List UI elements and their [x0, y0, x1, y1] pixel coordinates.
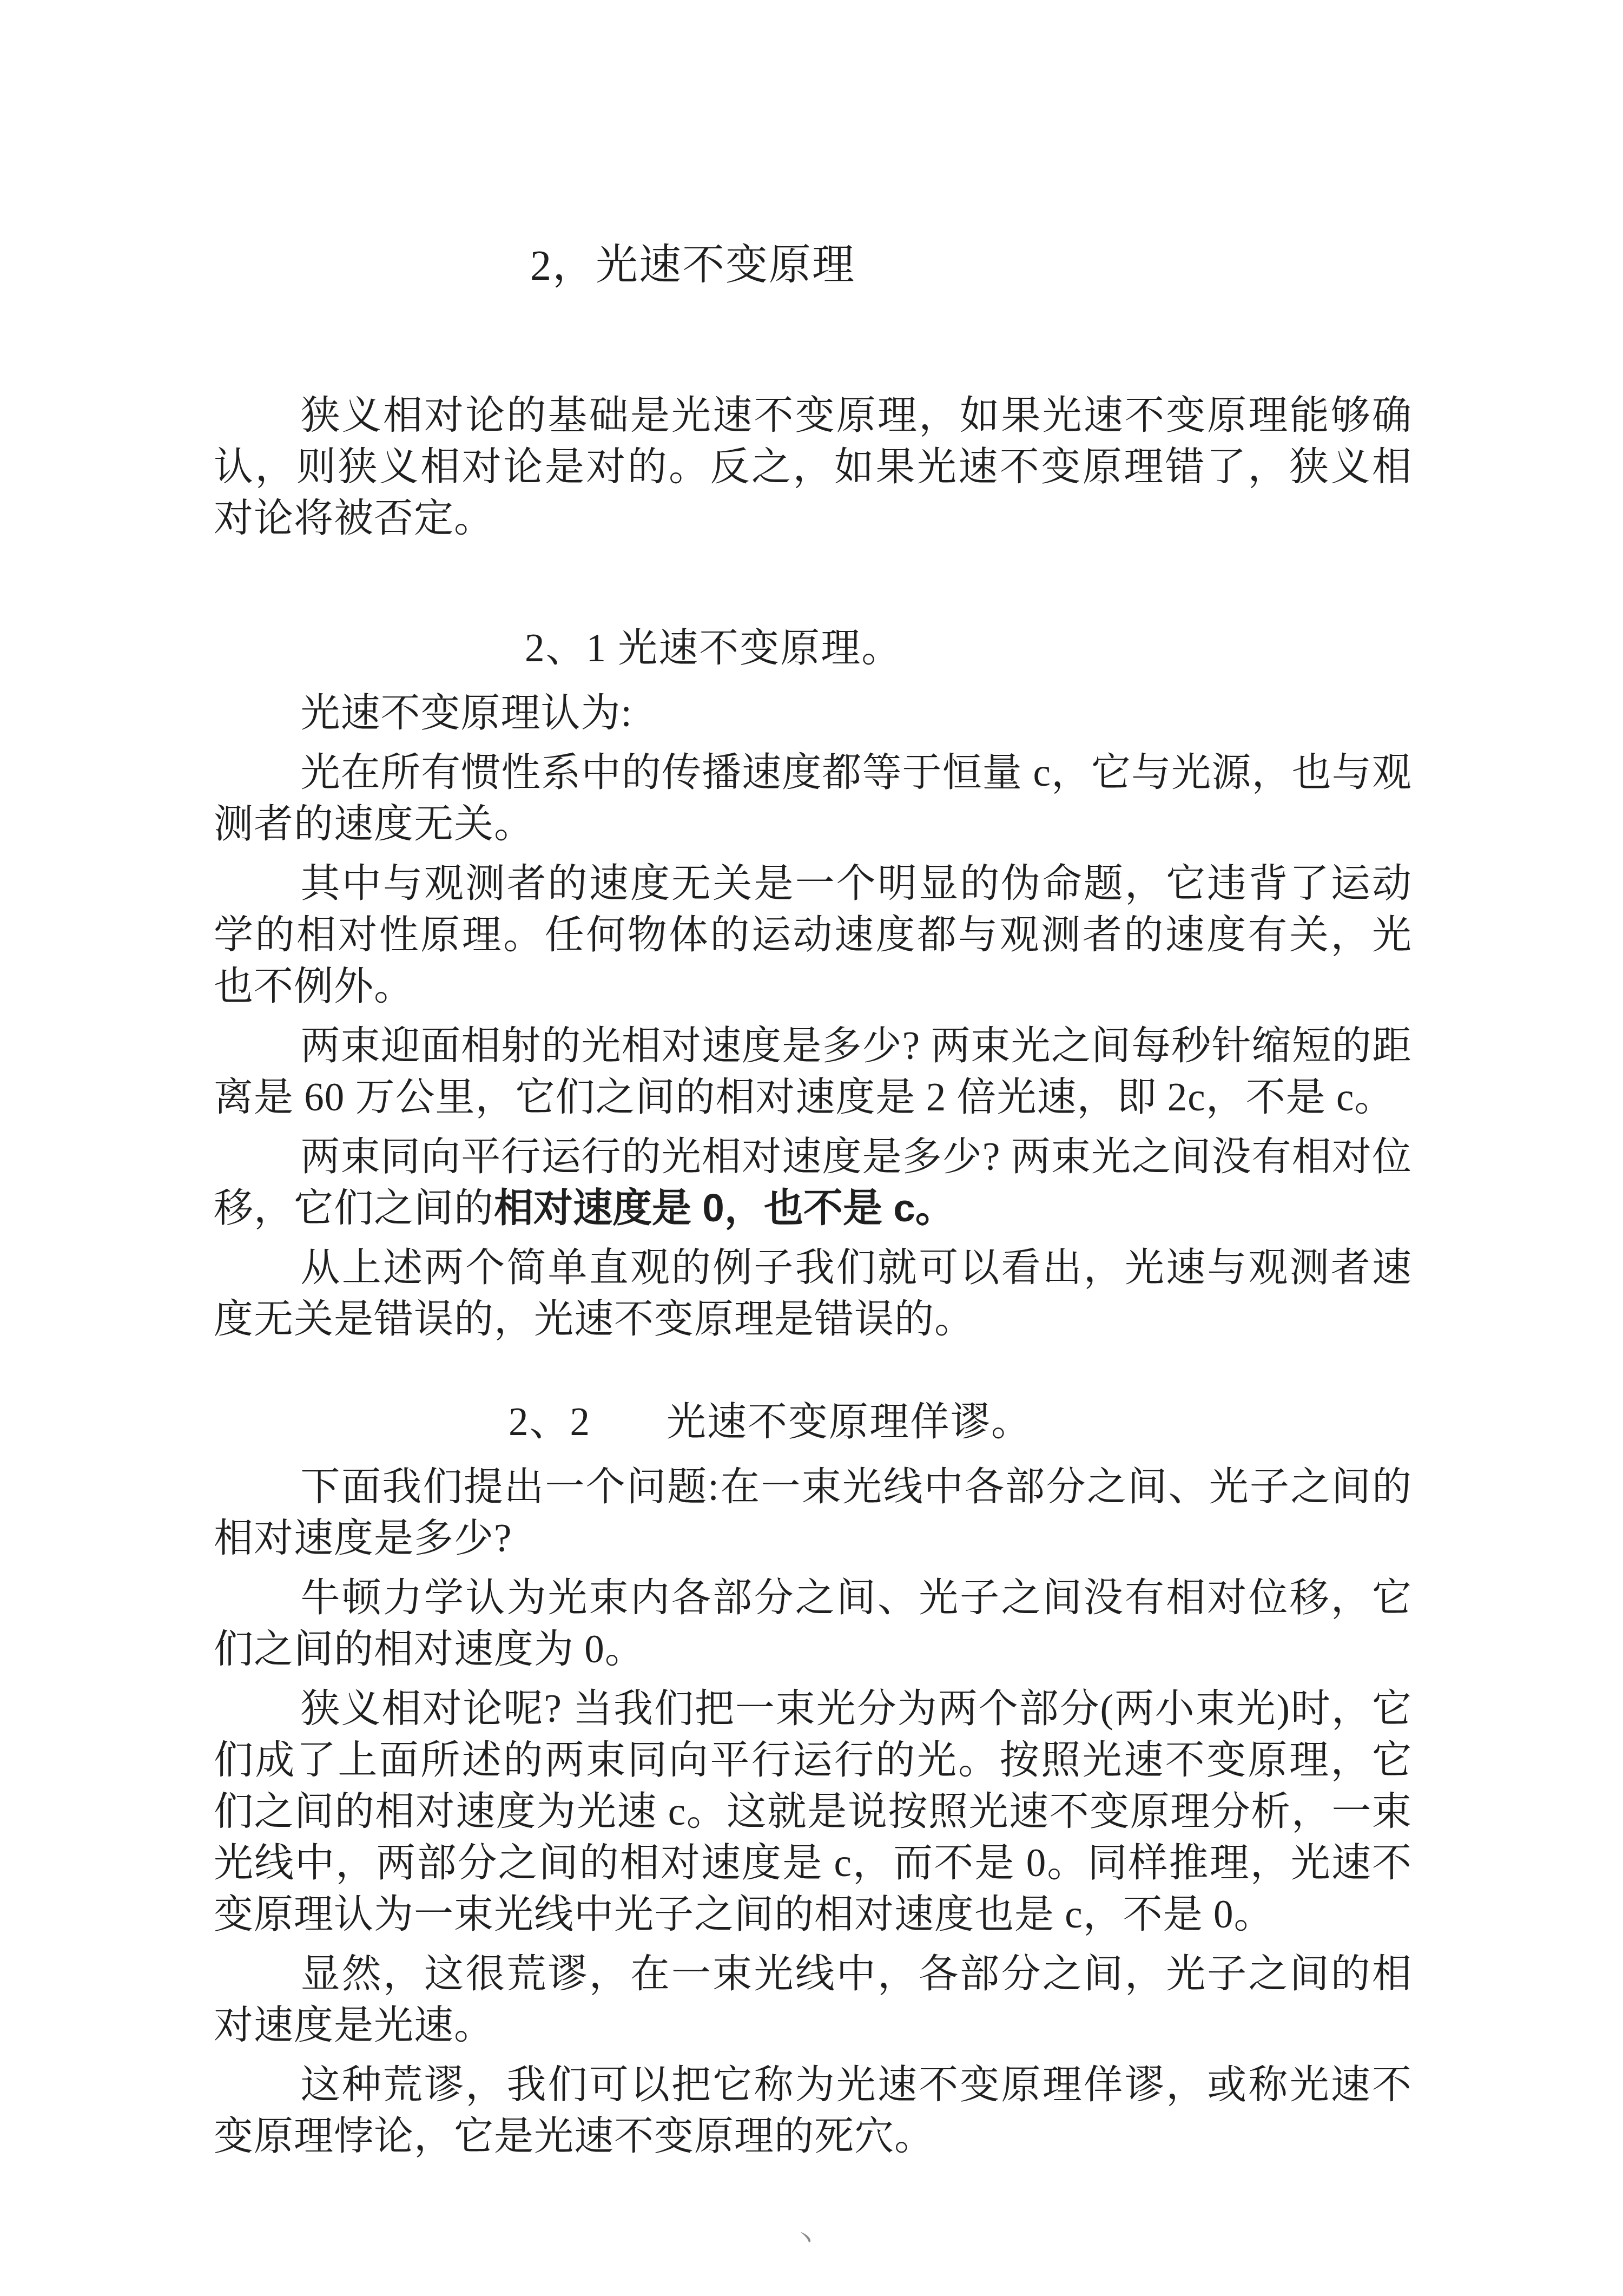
paragraph-relativity-analysis: 狭义相对论呢? 当我们把一束光分为两个部分(两小束光)时，它们成了上面所述的两束… — [214, 1683, 1412, 1940]
paragraph-pseudo-proposition: 其中与观测者的速度无关是一个明显的伪命题，它违背了运动学的相对性原理。任何物体的… — [214, 858, 1412, 1012]
section-2-2-heading-title: 光速不变原理佯谬。 — [667, 1400, 1032, 1444]
paragraph-newton: 牛顿力学认为光束内各部分之间、光子之间没有相对位移，它们之间的相对速度为 0。 — [214, 1572, 1412, 1675]
document-title: 2，光速不变原理 — [530, 238, 1412, 292]
paragraph-section1-conclusion: 从上述两个简单直观的例子我们就可以看出，光速与观测者速度无关是错误的，光速不变原… — [214, 1242, 1412, 1345]
stray-ink-mark: 丶 — [793, 2227, 1412, 2253]
paragraph-absurdity: 显然，这很荒谬，在一束光线中，各部分之间，光子之间的相对速度是光速。 — [214, 1948, 1412, 2051]
paragraph-paradox-conclusion: 这种荒谬，我们可以把它称为光速不变原理佯谬，或称光速不变原理悖论，它是光速不变原… — [214, 2059, 1412, 2162]
document-page: 2，光速不变原理 狭义相对论的基础是光速不变原理，如果光速不变原理能够确认，则狭… — [0, 0, 1623, 2296]
paragraph-question: 下面我们提出一个问题:在一束光线中各部分之间、光子之间的相对速度是多少? — [214, 1461, 1412, 1564]
section-2-1-heading: 2、1 光速不变原理。 — [525, 622, 1412, 674]
document-content: 2，光速不变原理 狭义相对论的基础是光速不变原理，如果光速不变原理能够确认，则狭… — [214, 0, 1412, 2253]
paragraph-opposite-beams: 两束迎面相射的光相对速度是多少? 两束光之间每秒针缩短的距离是 60 万公里，它… — [214, 1020, 1412, 1123]
section-2-2-heading: 2、2光速不变原理佯谬。 — [509, 1396, 1412, 1448]
paragraph-parallel-beams: 两束同向平行运行的光相对速度是多少? 两束光之间没有相对位移，它们之间的相对速度… — [214, 1131, 1412, 1234]
paragraph-principle-statement: 光在所有惯性系中的传播速度都等于恒量 c，它与光源，也与观测者的速度无关。 — [214, 747, 1412, 850]
section-2-2-heading-number: 2、2 — [509, 1400, 591, 1444]
paragraph-parallel-beams-bold: 相对速度是 0，也不是 c。 — [494, 1186, 955, 1230]
intro-paragraph: 狭义相对论的基础是光速不变原理，如果光速不变原理能够确认，则狭义相对论是对的。反… — [214, 390, 1412, 544]
paragraph-principle-lead: 光速不变原理认为: — [214, 687, 1412, 739]
